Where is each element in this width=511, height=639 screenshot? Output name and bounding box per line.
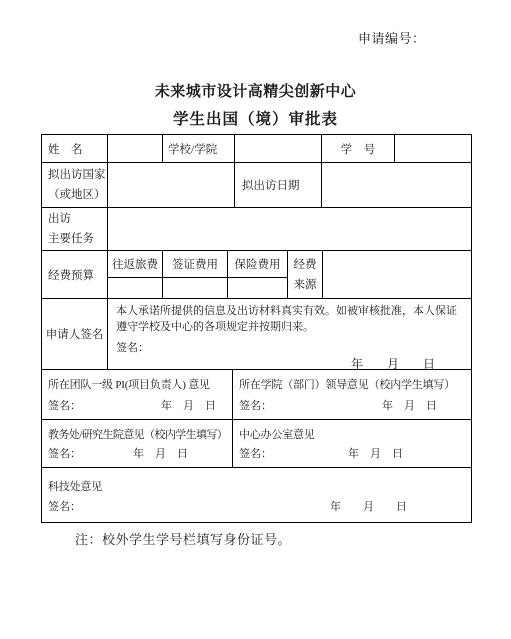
country-label: 拟出访国家 （或地区） [42,163,108,208]
row-destination: 拟出访国家 （或地区） 拟出访日期 [42,163,471,208]
row-basic-info: 姓 名 学校/学院 学 号 [42,135,471,163]
tech-sign-label: 签名： [48,498,81,514]
travel-fee-label: 往返旅费 [108,251,162,278]
visa-fee-label: 签证费用 [163,251,227,278]
country-label-line2: （或地区） [48,185,107,205]
applicant-sign-label: 签名： [116,339,463,355]
insurance-fee-label: 保险费用 [228,251,287,278]
funding-source-label-line1: 经费 [294,255,317,275]
funding-source-label: 经费 来源 [288,251,323,299]
approval-form-table: 姓 名 学校/学院 学 号 拟出访国家 （或地区） 拟出访日期 出访 主要任务 … [41,134,472,523]
row-opinion-1: 所在团队一级 PI(项目负责人) 意见 签名： 年 月 日 所在学院（部门）领导… [42,370,471,420]
task-label-line1: 出访 [48,209,107,229]
footnote: 注：校外学生学号栏填写身份证号。 [75,529,291,548]
visa-fee-column: 签证费用 [163,251,228,299]
row-opinion-3: 科技处意见 签名： 年 月 日 [42,468,471,522]
task-label: 出访 主要任务 [42,208,108,251]
pi-opinion-cell[interactable]: 所在团队一级 PI(项目负责人) 意见 签名： 年 月 日 [42,370,233,420]
page-title: 未来城市设计高精尖创新中心 [0,80,511,101]
applicant-signature-label: 申请人签名 [42,299,108,370]
funding-source-input-cell[interactable] [323,251,471,299]
academic-date-fields: 年 月 日 [133,445,226,461]
travel-fee-column: 往返旅费 [108,251,163,299]
school-label: 学校/学院 [163,135,235,163]
academic-sign-label: 签名： [48,445,81,461]
pi-opinion-title: 所在团队一级 PI(项目负责人) 意见 [48,376,226,392]
office-opinion-title: 中心办公室意见 [239,426,465,442]
pi-sign-label: 签名： [48,397,81,413]
application-number-label: 申请编号： [358,28,426,47]
funding-source-label-line2: 来源 [294,275,317,295]
commitment-text: 本人承诺所提供的信息及出访材料真实有效。如被审核批准，本人保证遵守学校及中心的各… [116,303,463,335]
row-opinion-2: 教务处/研究生院意见（校内学生填写） 签名： 年 月 日 中心办公室意见 签名：… [42,420,471,468]
task-label-line2: 主要任务 [48,229,107,249]
insurance-fee-input-cell[interactable] [228,278,287,299]
page-subtitle: 学生出国（境）审批表 [0,107,511,129]
row-main-task: 出访 主要任务 [42,208,471,251]
travel-fee-input-cell[interactable] [108,278,162,299]
college-sign-label: 签名： [239,397,272,413]
academic-opinion-title: 教务处/研究生院意见（校内学生填写） [48,426,226,442]
school-input-cell[interactable] [235,135,322,163]
office-sign-label: 签名： [239,445,272,461]
student-id-label: 学 号 [322,135,395,163]
applicant-commitment-cell[interactable]: 本人承诺所提供的信息及出访材料真实有效。如被审核批准，本人保证遵守学校及中心的各… [108,299,471,370]
college-opinion-cell[interactable]: 所在学院（部门）领导意见（校内学生填写） 签名： 年 月 日 [233,370,471,420]
tech-opinion-cell[interactable]: 科技处意见 签名： 年 月 日 [42,468,471,522]
name-input-cell[interactable] [108,135,163,163]
visit-date-label: 拟出访日期 [235,163,322,208]
college-opinion-title: 所在学院（部门）领导意见（校内学生填写） [239,376,465,392]
insurance-fee-column: 保险费用 [228,251,288,299]
office-opinion-cell[interactable]: 中心办公室意见 签名： 年 月 日 [233,420,471,468]
academic-opinion-cell[interactable]: 教务处/研究生院意见（校内学生填写） 签名： 年 月 日 [42,420,233,468]
task-input-cell[interactable] [108,208,471,251]
student-id-input-cell[interactable] [395,135,471,163]
country-label-line1: 拟出访国家 [48,165,107,185]
country-input-cell[interactable] [108,163,235,208]
budget-label: 经费预算 [42,251,108,299]
applicant-date-fields: 年 月 日 [351,355,463,370]
row-budget: 经费预算 往返旅费 签证费用 保险费用 经费 来源 [42,251,471,299]
tech-opinion-title: 科技处意见 [48,478,465,494]
row-applicant-signature: 申请人签名 本人承诺所提供的信息及出访材料真实有效。如被审核批准，本人保证遵守学… [42,299,471,370]
name-label: 姓 名 [42,135,108,163]
visit-date-input-cell[interactable] [322,163,471,208]
pi-date-fields: 年 月 日 [161,397,226,413]
college-date-fields: 年 月 日 [382,397,465,413]
visa-fee-input-cell[interactable] [163,278,227,299]
office-date-fields: 年 月 日 [348,445,465,461]
tech-date-fields: 年 月 日 [330,498,465,514]
